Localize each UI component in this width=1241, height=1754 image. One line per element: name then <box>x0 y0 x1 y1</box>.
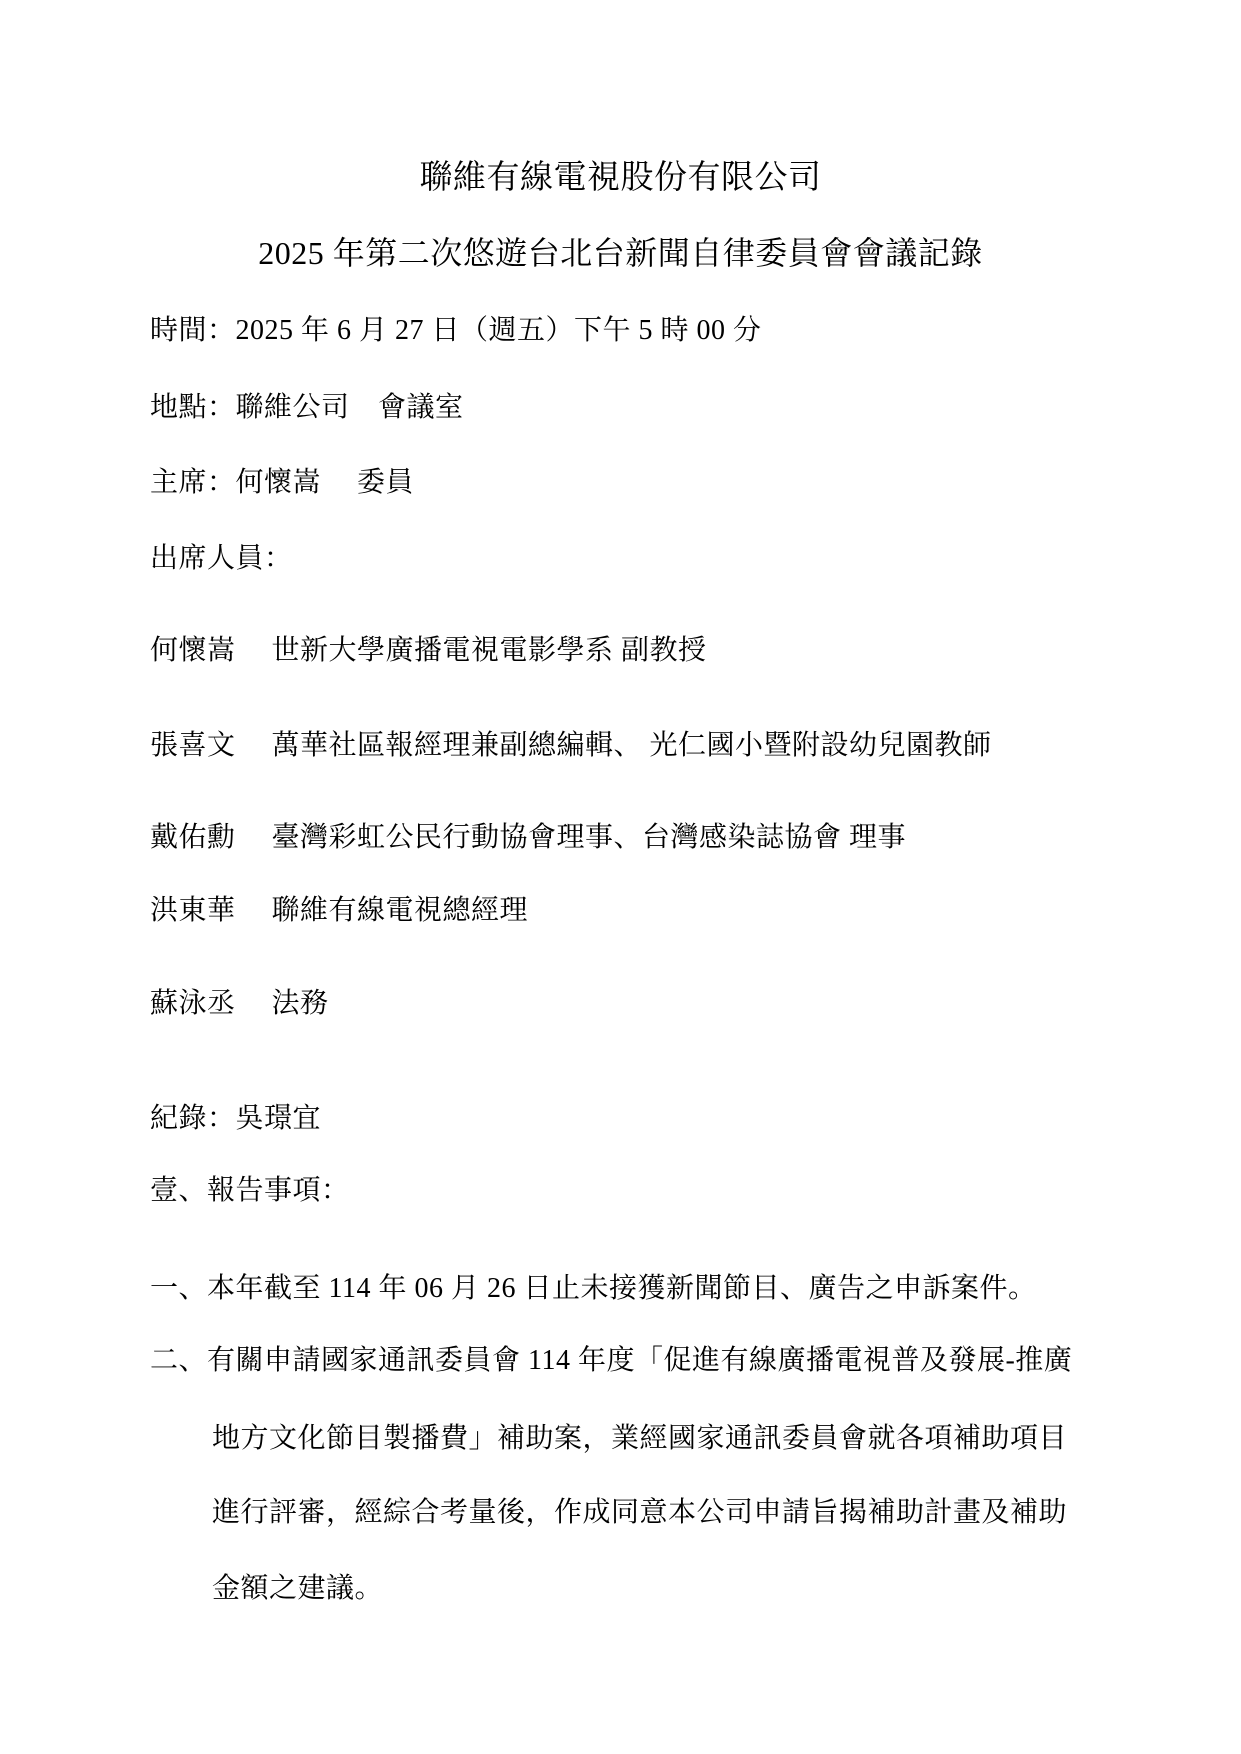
report-item-1: 一、本年截至 114 年 06 月 26 日止未接獲新聞節目、廣告之申訴案件。 <box>150 1275 1036 1303</box>
section-heading-reports: 壹、報告事項： <box>150 1177 350 1205</box>
meeting-time-line: 時間：2025 年 6 月 27 日（週五）下午 5 時 00 分 <box>150 317 762 345</box>
attendee-name: 蘇泳丞 <box>150 990 236 1018</box>
attendee-row: 何懷嵩世新大學廣播電視電影學系 副教授 <box>150 637 707 665</box>
attendee-row: 張喜文萬華社區報經理兼副總編輯、 光仁國小暨附設幼兒園教師 <box>150 732 992 760</box>
attendee-name: 何懷嵩 <box>150 637 236 665</box>
report-item-2-line-2: 地方文化節目製播費」補助案，業經國家通訊委員會就各項補助項目 <box>212 1425 1067 1453</box>
attendee-name: 戴佑勳 <box>150 824 236 852</box>
attendee-row: 蘇泳丞法務 <box>150 990 329 1018</box>
attendee-role: 萬華社區報經理兼副總編輯、 光仁國小暨附設幼兒園教師 <box>272 730 992 761</box>
meeting-title: 2025 年第二次悠遊台北台新聞自律委員會會議記錄 <box>0 237 1241 269</box>
report-item-2-line-4: 金額之建議。 <box>212 1575 383 1603</box>
meeting-chair-line: 主席：何懷嵩 委員 <box>150 469 414 497</box>
attendees-heading: 出席人員： <box>150 545 293 573</box>
attendee-name: 洪東華 <box>150 897 236 925</box>
attendee-role: 臺灣彩虹公民行動協會理事、台灣感染誌協會 理事 <box>272 822 907 853</box>
attendee-role: 世新大學廣播電視電影學系 副教授 <box>272 635 707 666</box>
report-item-2-line-3: 進行評審，經綜合考量後，作成同意本公司申請旨揭補助計畫及補助 <box>212 1499 1067 1527</box>
attendee-row: 洪東華聯維有線電視總經理 <box>150 897 528 925</box>
recorder-line: 紀錄：吳璟宜 <box>150 1105 321 1133</box>
meeting-location-line: 地點：聯維公司 會議室 <box>150 394 464 422</box>
company-title: 聯維有線電視股份有限公司 <box>0 162 1241 195</box>
attendee-role: 法務 <box>272 988 329 1019</box>
attendee-role: 聯維有線電視總經理 <box>272 895 529 926</box>
attendee-row: 戴佑勳臺灣彩虹公民行動協會理事、台灣感染誌協會 理事 <box>150 824 906 852</box>
document-page: 聯維有線電視股份有限公司 2025 年第二次悠遊台北台新聞自律委員會會議記錄 時… <box>0 0 1241 1754</box>
attendee-name: 張喜文 <box>150 732 236 760</box>
report-item-2-line-1: 二、有關申請國家通訊委員會 114 年度「促進有線廣播電視普及發展-推廣 <box>150 1347 1072 1375</box>
